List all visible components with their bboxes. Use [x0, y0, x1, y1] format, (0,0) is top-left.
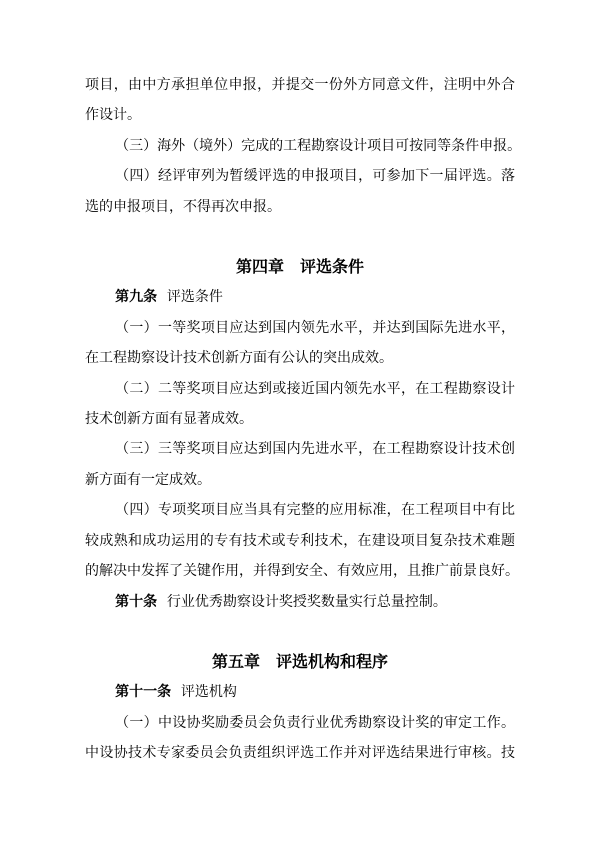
chapter-heading: 第五章 评选机构和程序 — [85, 648, 515, 678]
body-line: （三）海外（境外）完成的工程勘察设计项目可按同等条件申报。 — [85, 132, 515, 162]
body-line: 在工程勘察设计技术创新方面有公认的突出成效。 — [85, 344, 515, 374]
body-line: 作设计。 — [85, 101, 515, 131]
body-line: 较成熟和成功运用的专有技术或专利技术，在建设项目复杂技术难题 — [85, 527, 515, 557]
body-line: （一）一等奖项目应达到国内领先水平，并达到国际先进水平， — [85, 314, 515, 344]
article-label: 第九条 — [115, 290, 157, 305]
body-line: （二）二等奖项目应达到或接近国内领先水平，在工程勘察设计 — [85, 375, 515, 405]
document-page: 项目，由中方承担单位申报，并提交一份外方同意文件，注明中外合 作设计。 （三）海… — [0, 0, 600, 849]
article-title: 评选机构 — [181, 685, 237, 700]
body-line: 新方面有一定成效。 — [85, 466, 515, 496]
body-line: 选的申报项目，不得再次申报。 — [85, 193, 515, 223]
body-line: （一）中设协奖励委员会负责行业优秀勘察设计奖的审定工作。 — [85, 709, 515, 739]
body-line: 技术创新方面有显著成效。 — [85, 405, 515, 435]
chapter-heading: 第四章 评选条件 — [85, 253, 515, 283]
article-label: 第十一条 — [115, 685, 171, 700]
body-line: （四）专项奖项目应当具有完整的应用标准，在工程项目中有比 — [85, 496, 515, 526]
body-line: （三）三等奖项目应达到国内先进水平，在工程勘察设计技术创 — [85, 435, 515, 465]
body-line: （四）经评审列为暂缓评选的申报项目，可参加下一届评选。落 — [85, 162, 515, 192]
body-line: 中设协技术专家委员会负责组织评选工作并对评选结果进行审核。技 — [85, 739, 515, 769]
article-label: 第十条 — [115, 595, 157, 610]
article-title: 评选条件 — [167, 290, 223, 305]
article-line: 第十条行业优秀勘察设计奖授奖数量实行总量控制。 — [85, 588, 515, 618]
body-line: 项目，由中方承担单位申报，并提交一份外方同意文件，注明中外合 — [85, 71, 515, 101]
article-line: 第九条评选条件 — [85, 283, 515, 313]
article-line: 第十一条评选机构 — [85, 678, 515, 708]
article-title: 行业优秀勘察设计奖授奖数量实行总量控制。 — [167, 595, 447, 610]
body-line: 的解决中发挥了关键作用，并得到安全、有效应用，且推广前景良好。 — [85, 557, 515, 587]
